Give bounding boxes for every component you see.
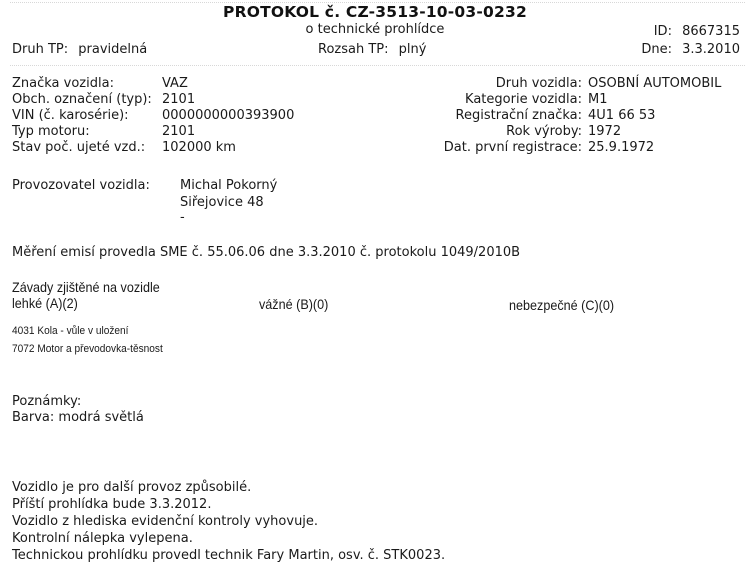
conclusion-next-inspection: Příští prohlídka bude 3.3.2012.	[12, 497, 211, 512]
vehicle-kind-label: Druh vozidla:	[496, 76, 582, 91]
protocol-date: Dne: 3.3.2010	[641, 42, 740, 57]
id-label: ID:	[654, 24, 672, 39]
registration-plate-label: Registrační značka:	[456, 108, 582, 123]
rozsah-tp-label: Rozsah TP:	[318, 42, 389, 57]
vin-label: VIN (č. karosérie):	[12, 108, 129, 123]
first-registration-value: 25.9.1972	[588, 140, 654, 155]
notes-text: Barva: modrá světlá	[12, 410, 144, 425]
rozsah-tp-value: plný	[399, 42, 427, 57]
conclusion-sticker: Kontrolní nálepka vylepena.	[12, 531, 193, 546]
protocol-id: ID: 8667315	[654, 24, 740, 39]
defects-heading: Závady zjištěné na vozidle	[12, 279, 160, 295]
notes-label: Poznámky:	[12, 394, 81, 409]
operator-name: Michal Pokorný	[180, 178, 277, 193]
registration-plate-value: 4U1 66 53	[588, 108, 655, 123]
protocol-title: PROTOKOL č. CZ-3513-10-03-0232	[0, 3, 750, 21]
defects-dangerous: nebezpečné (C)(0)	[509, 297, 614, 313]
id-value: 8667315	[682, 24, 740, 39]
odometer-label: Stav poč. ujeté vzd.:	[12, 140, 145, 155]
production-year-label: Rok výroby:	[506, 124, 582, 139]
engine-type-label: Typ motoru:	[12, 124, 90, 139]
vin-value: 0000000000393900	[162, 108, 294, 123]
date-value: 3.3.2010	[682, 42, 740, 57]
vehicle-brand-value: VAZ	[162, 76, 188, 91]
production-year-value: 1972	[588, 124, 621, 139]
druh-tp-label: Druh TP:	[12, 42, 68, 57]
vehicle-category-value: M1	[588, 92, 608, 107]
defect-item: 7072 Motor a převodovka-těsnost	[12, 343, 163, 355]
operator-address: Siřejovice 48	[180, 195, 264, 210]
vehicle-brand-label: Značka vozidla:	[12, 76, 114, 91]
druh-tp-value: pravidelná	[78, 42, 147, 57]
vehicle-category-label: Kategorie vozidla:	[465, 92, 582, 107]
first-registration-label: Dat. první registrace:	[444, 140, 582, 155]
engine-type-value: 2101	[162, 124, 195, 139]
defects-light: lehké (A)(2)	[12, 295, 78, 311]
defects-serious: vážné (B)(0)	[259, 296, 328, 312]
date-label: Dne:	[641, 42, 672, 57]
defect-item: 4031 Kola - vůle v uložení	[12, 325, 128, 337]
odometer-value: 102000 km	[162, 140, 236, 155]
operator-address-extra: -	[180, 210, 185, 225]
rozsah-tp: Rozsah TP: plný	[318, 42, 426, 57]
conclusion-roadworthy: Vozidlo je pro další provoz způsobilé.	[12, 480, 251, 495]
protocol-subtitle: o technické prohlídce	[0, 22, 750, 37]
operator-label: Provozovatel vozidla:	[12, 178, 150, 193]
conclusion-registry-check: Vozidlo z hlediska evidenční kontroly vy…	[12, 514, 318, 529]
emissions-statement: Měření emisí provedla SME č. 55.06.06 dn…	[12, 245, 520, 260]
vehicle-type-value: 2101	[162, 92, 195, 107]
druh-tp: Druh TP: pravidelná	[12, 42, 147, 57]
header-separator	[10, 65, 745, 66]
conclusion-technician: Technickou prohlídku provedl technik Far…	[12, 548, 445, 563]
vehicle-type-label: Obch. označení (typ):	[12, 92, 152, 107]
vehicle-kind-value: OSOBNÍ AUTOMOBIL	[588, 76, 721, 91]
